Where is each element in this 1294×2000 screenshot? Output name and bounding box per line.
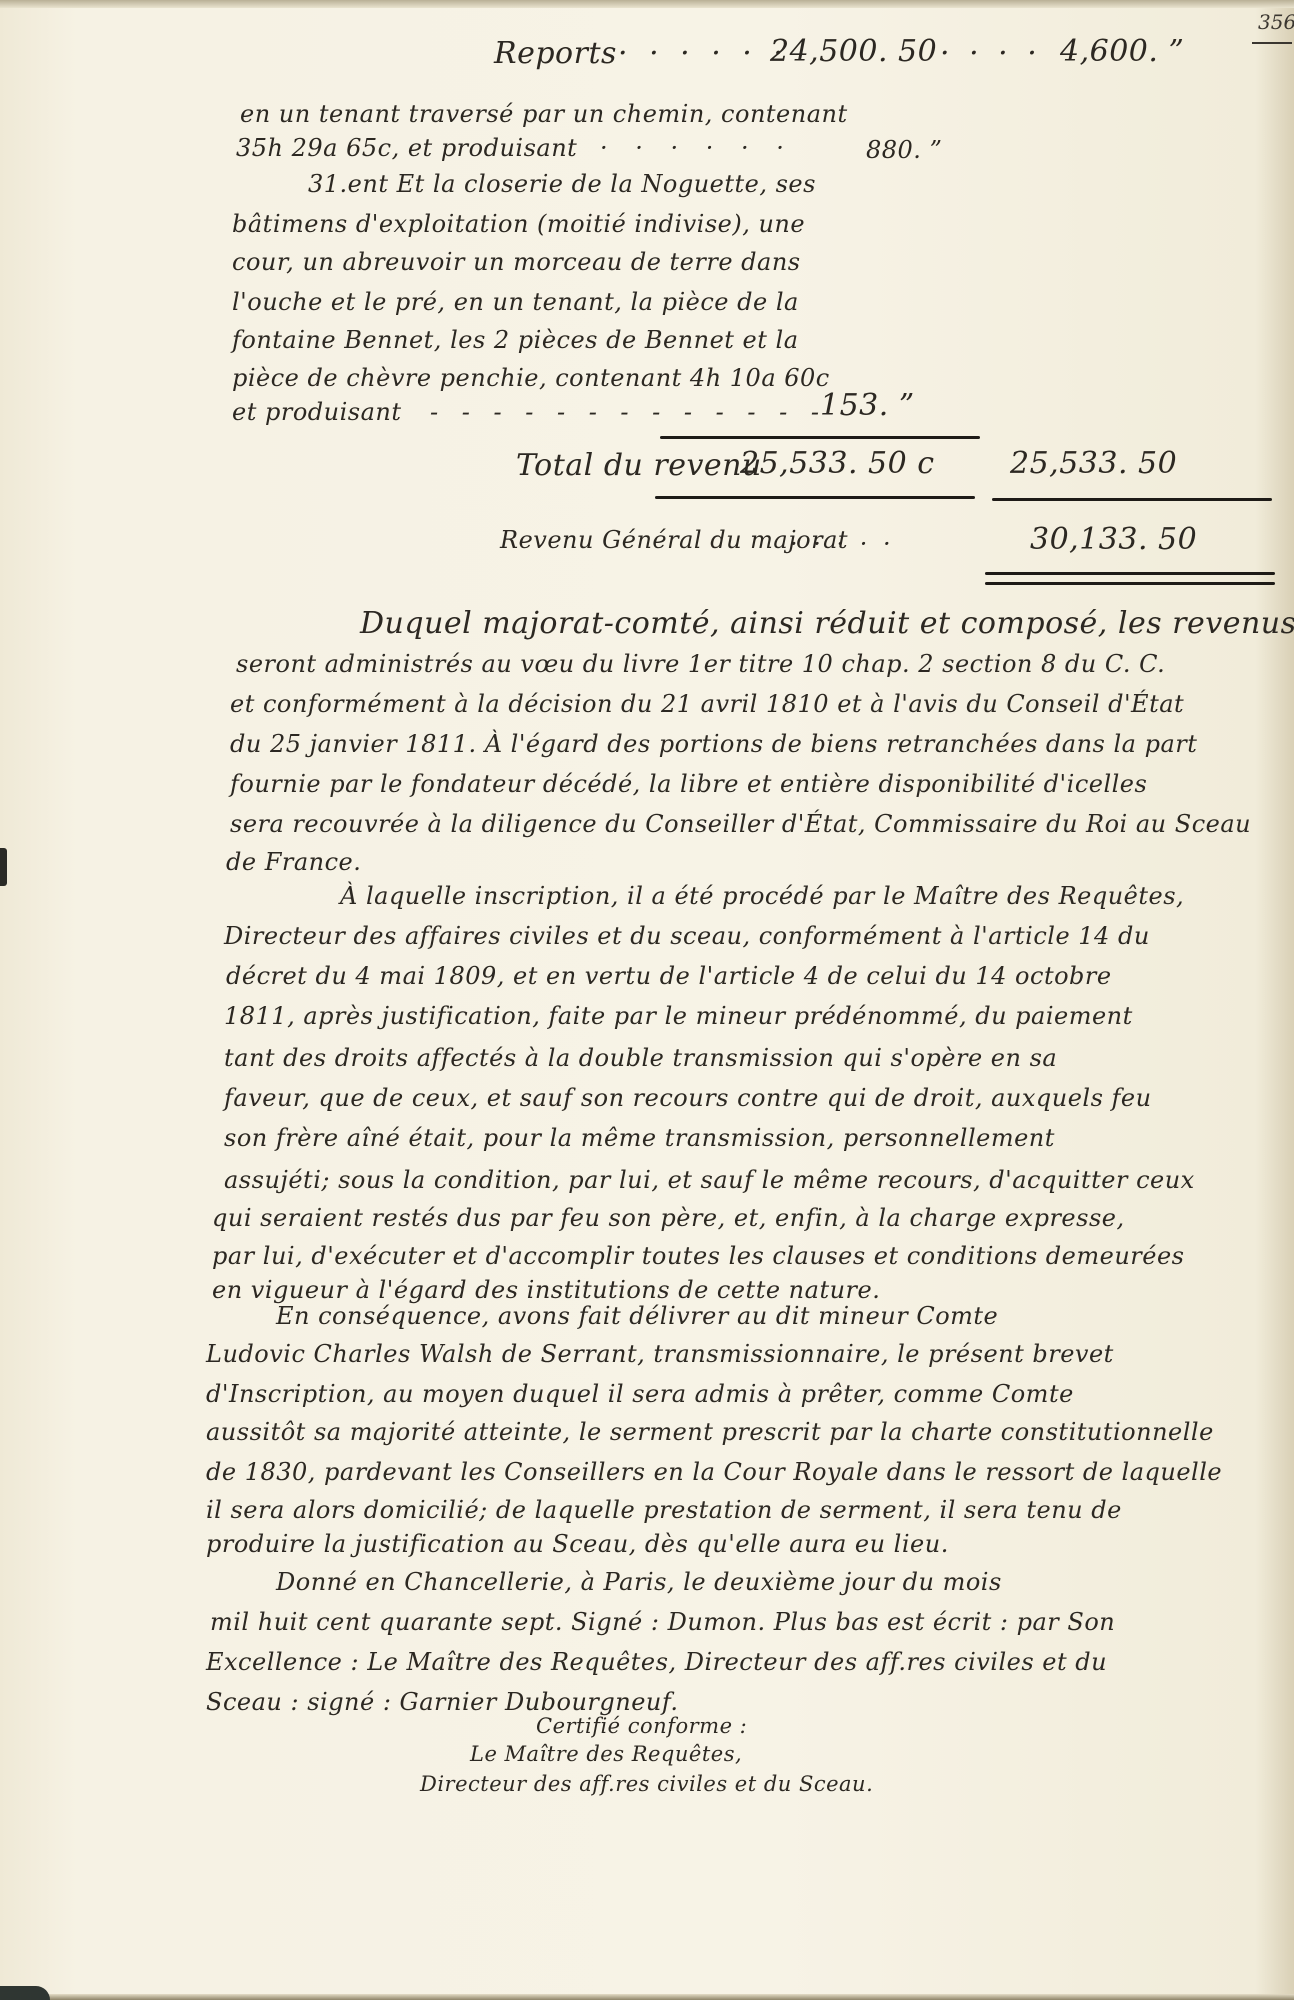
leader-dots: · · · · · · bbox=[618, 36, 789, 71]
text-line: mil huit cent quarante sept. Signé : Dum… bbox=[210, 1608, 1115, 1636]
text-line: Sceau : signé : Garnier Dubourgneuf. bbox=[206, 1688, 679, 1716]
item-31-line-3: cour, un abreuvoir un morceau de terre d… bbox=[232, 248, 801, 276]
subtotal-rule bbox=[660, 436, 980, 439]
item-31-line-7: et produisant bbox=[232, 398, 401, 426]
text-line: Ludovic Charles Walsh de Serrant, transm… bbox=[206, 1340, 1114, 1368]
text-line: d'Inscription, au moyen duquel il sera a… bbox=[206, 1380, 1074, 1408]
leader-dots: · · · · bbox=[940, 36, 1042, 71]
general-revenue-amount: 30,133. 50 bbox=[1030, 522, 1197, 557]
item-31-line-2: bâtimens d'exploitation (moitié indivise… bbox=[232, 210, 805, 238]
total-revenue-amount-1: 25,533. 50 c bbox=[740, 446, 935, 481]
text-line: qui seraient restés dus par feu son père… bbox=[212, 1204, 1125, 1232]
general-rule-1 bbox=[985, 572, 1275, 575]
text-line: Duquel majorat-comté, ainsi réduit et co… bbox=[360, 606, 1294, 641]
text-line: en vigueur à l'égard des institutions de… bbox=[212, 1276, 880, 1304]
certification-line: Directeur des aff.res civiles et du Scea… bbox=[420, 1772, 873, 1796]
text-line: 1811, après justification, faite par le … bbox=[224, 1002, 1133, 1030]
text-line: son frère aîné était, pour la même trans… bbox=[224, 1124, 1055, 1152]
item-30-line-2: 35h 29a 65c, et produisant bbox=[236, 134, 577, 162]
reports-amount-2: 4,600. ” bbox=[1060, 34, 1184, 69]
total-rule-2 bbox=[992, 498, 1272, 501]
text-line: et conformément à la décision du 21 avri… bbox=[230, 690, 1184, 718]
item-30-amount: 880. ” bbox=[866, 136, 942, 164]
item-31-line-1: 31.ent Et la closerie de la Noguette, se… bbox=[308, 170, 816, 198]
text-line: seront administrés au vœu du livre 1er t… bbox=[236, 650, 1165, 678]
binding-mark bbox=[0, 848, 7, 886]
total-revenue-amount-2: 25,533. 50 bbox=[1010, 446, 1177, 481]
text-line: sera recouvrée à la diligence du Conseil… bbox=[230, 810, 1251, 838]
text-line: À laquelle inscription, il a été procédé… bbox=[340, 882, 1184, 910]
reports-label: Reports bbox=[494, 36, 617, 71]
text-line: il sera alors domicilié; de laquelle pre… bbox=[206, 1496, 1122, 1524]
manuscript-page: 356 Reports · · · · · · 24,500. 50 · · ·… bbox=[0, 0, 1294, 2000]
page-top-edge bbox=[0, 0, 1294, 8]
text-line: tant des droits affectés à la double tra… bbox=[224, 1044, 1057, 1072]
folio-underline bbox=[1252, 42, 1292, 44]
text-line: de 1830, pardevant les Conseillers en la… bbox=[206, 1458, 1222, 1486]
text-line: En conséquence, avons fait délivrer au d… bbox=[276, 1302, 998, 1330]
item-30-line-1: en un tenant traversé par un chemin, con… bbox=[240, 100, 848, 128]
text-line: fournie par le fondateur décédé, la libr… bbox=[230, 770, 1147, 798]
text-line: produire la justification au Sceau, dès … bbox=[206, 1530, 949, 1558]
text-line: assujéti; sous la condition, par lui, et… bbox=[224, 1166, 1195, 1194]
text-line: Directeur des affaires civiles et du sce… bbox=[224, 922, 1150, 950]
folio-number: 356 bbox=[1258, 10, 1294, 34]
item-31-amount: 153. ” bbox=[820, 388, 915, 423]
total-rule-1 bbox=[655, 496, 975, 499]
leader-dashes: - - - - - - - - - - - - - bbox=[430, 398, 827, 426]
leader-dots: · · · · · bbox=[790, 530, 895, 558]
leader-dots: · · · · · · bbox=[600, 134, 794, 162]
text-line: faveur, que de ceux, et sauf son recours… bbox=[224, 1084, 1152, 1112]
text-line: aussitôt sa majorité atteinte, le sermen… bbox=[206, 1418, 1214, 1446]
text-line: par lui, d'exécuter et d'accomplir toute… bbox=[212, 1242, 1184, 1270]
item-31-line-4: l'ouche et le pré, en un tenant, la pièc… bbox=[232, 288, 799, 316]
item-31-line-5: fontaine Bennet, les 2 pièces de Bennet … bbox=[232, 326, 799, 354]
page-bottom-edge bbox=[0, 1994, 1294, 2000]
general-rule-2 bbox=[985, 582, 1275, 585]
text-line: Donné en Chancellerie, à Paris, le deuxi… bbox=[276, 1568, 1002, 1596]
text-line: du 25 janvier 1811. À l'égard des portio… bbox=[230, 730, 1197, 758]
item-31-line-6: pièce de chèvre penchie, contenant 4h 10… bbox=[232, 364, 830, 392]
corner-shadow bbox=[0, 1986, 50, 2000]
text-line: Excellence : Le Maître des Requêtes, Dir… bbox=[206, 1648, 1107, 1676]
text-line: décret du 4 mai 1809, et en vertu de l'a… bbox=[226, 962, 1112, 990]
certification-line: Le Maître des Requêtes, bbox=[470, 1742, 742, 1766]
text-line: de France. bbox=[226, 848, 361, 876]
certification-line: Certifié conforme : bbox=[536, 1714, 747, 1738]
total-revenue-label: Total du revenu bbox=[516, 448, 762, 483]
reports-amount-1: 24,500. 50 bbox=[770, 34, 937, 69]
